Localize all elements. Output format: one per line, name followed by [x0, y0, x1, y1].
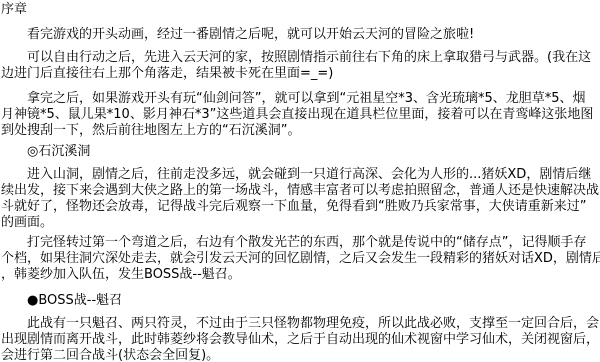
- text-line: 进入山洞，剧情之后，往前走没多远，就会碰到一只道行高深、会化为人形的...猪妖X…: [1, 167, 600, 183]
- text-line: 的画面。: [1, 215, 600, 231]
- text-line: 月神镜*5、鼠儿果*10、影月神石*3”这些道具会直接出现在道具栏位里面，接着可…: [1, 107, 600, 123]
- text-line: 拿完之后，如果游戏开头有玩“仙剑问答”，就可以拿到“元祖星空*3、含光琉璃*5、…: [1, 91, 600, 107]
- text-line: 到处搜刮一下，然后前往地图左上方的“石沉溪洞”。: [1, 123, 600, 139]
- document: 序章 看完游戏的开头动画，经过一番剧情之后呢，就可以开始云天河的冒险之旅啦! 可…: [0, 0, 600, 362]
- section-heading-text: ◎石沉溪洞: [1, 144, 600, 160]
- paragraph-save-point: 打完怪转过第一个弯道之后，右边有个散发光芒的东西，那个就是传说中的“储存点”，记…: [1, 235, 600, 283]
- paragraph-cave-entry: 进入山洞，剧情之后，往前走没多远，就会碰到一只道行高深、会化为人形的...猪妖X…: [1, 167, 600, 231]
- text-line: 斗就好了，怪物还会放毒，记得战斗完后观察一下血量，免得看到“胜败乃兵家常事，大侠…: [1, 199, 600, 215]
- paragraph-free-move: 可以自由行动之后，先进入云天河的家，按照剧情指示前往右下角的床上拿取猎弓与武器。…: [1, 50, 600, 82]
- section-heading-shichenxidong: ◎石沉溪洞: [1, 144, 600, 160]
- title-text: 序章: [1, 2, 600, 18]
- text-line: 可以自由行动之后，先进入云天河的家，按照剧情指示前往右下角的床上拿取猎弓与武器。…: [1, 50, 600, 66]
- paragraph-boss-fight: 此战有一只魁召、两只符灵，不过由于三只怪物都物理免疫，所以此战必败，支撑至一定回…: [1, 316, 600, 362]
- text-line: 续出发，接下来会遇到大侠之路上的第一场战斗，情感丰富者可以考虑拍照留念，普通人还…: [1, 183, 600, 199]
- text-line: 出现剧情而离开战斗，此时韩菱纱将会教导仙术，之后于自动出现的仙术视窗中学习仙术，…: [1, 332, 600, 348]
- section-heading-text: ●BOSS战--魁召: [1, 293, 600, 309]
- text-line: 会进行第二回合战斗(状态会全回复)。: [1, 348, 600, 362]
- text-line: 个档，如果往洞穴深处走去，就会引发云天河的回忆剧情，之后又会发生一段精彩的猪妖对…: [1, 251, 600, 267]
- paragraph-items: 拿完之后，如果游戏开头有玩“仙剑问答”，就可以拿到“元祖星空*3、含光琉璃*5、…: [1, 91, 600, 139]
- text-line: 打完怪转过第一个弯道之后，右边有个散发光芒的东西，那个就是传说中的“储存点”，记…: [1, 235, 600, 251]
- page-title: 序章: [1, 2, 600, 18]
- text-line: 此战有一只魁召、两只符灵，不过由于三只怪物都物理免疫，所以此战必败，支撑至一定回…: [1, 316, 600, 332]
- section-heading-boss: ●BOSS战--魁召: [1, 293, 600, 309]
- text-line: 看完游戏的开头动画，经过一番剧情之后呢，就可以开始云天河的冒险之旅啦!: [1, 27, 600, 43]
- text-line: 边进门后直接往右上那个角落走，结果被卡死在里面=_=): [1, 66, 600, 82]
- text-line: ，韩菱纱加入队伍，发生BOSS战--魁召。: [1, 267, 600, 283]
- paragraph-intro: 看完游戏的开头动画，经过一番剧情之后呢，就可以开始云天河的冒险之旅啦!: [1, 27, 600, 43]
